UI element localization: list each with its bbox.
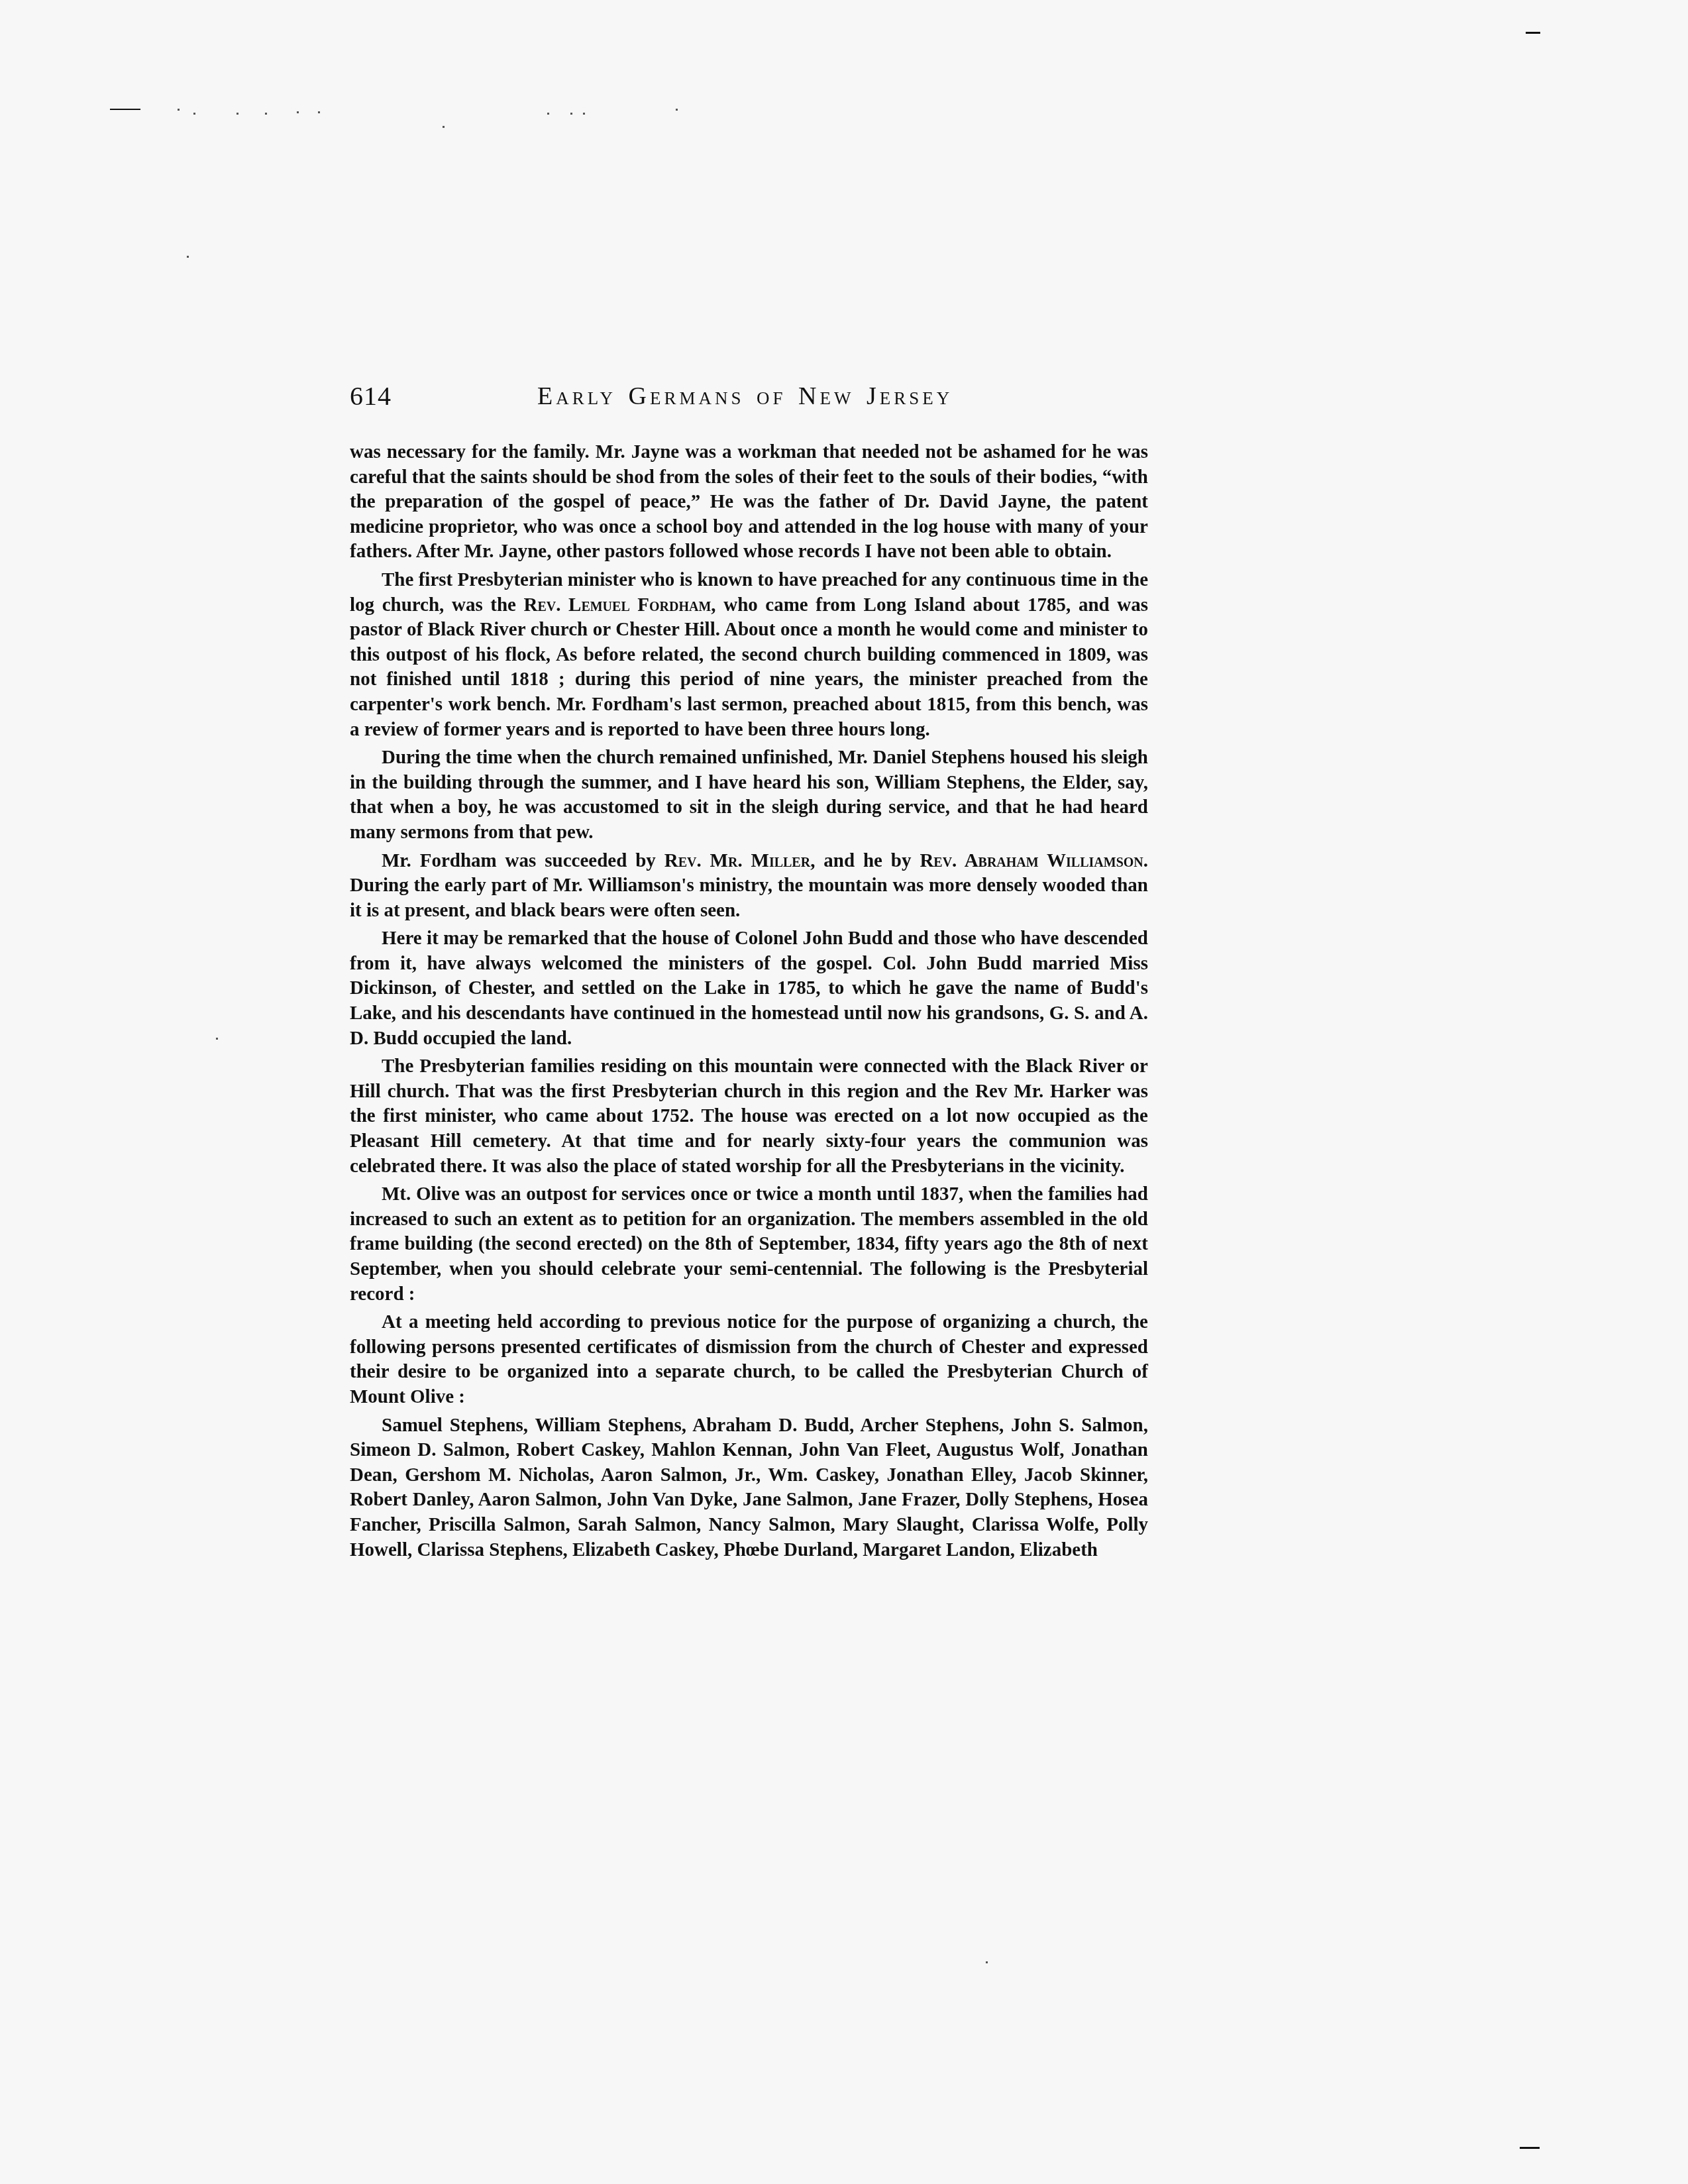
paragraph-member-names: Samuel Stephens, William Stephens, Abrah… (350, 1413, 1148, 1563)
paragraph-meeting-record: At a meeting held according to previous … (350, 1310, 1148, 1409)
scan-speck (216, 1038, 218, 1040)
scan-speck (237, 113, 238, 115)
paragraph-successors: Mr. Fordham was succeeded by Rev. Mr. Mi… (350, 849, 1148, 924)
paragraph-fordham: The first Presbyterian minister who is k… (350, 568, 1148, 742)
name-rev-lemuel-fordham: Rev. Lemuel Fordham (524, 594, 712, 616)
paragraph-black-river: The Presbyterian families residing on th… (350, 1054, 1148, 1179)
scan-speck (297, 111, 299, 113)
scan-speck (676, 109, 678, 111)
scan-speck (986, 1961, 988, 1963)
scan-speck (583, 113, 585, 115)
scan-speck (570, 113, 572, 115)
scan-speck (318, 111, 320, 113)
scan-speck (265, 113, 267, 115)
paragraph-continued: was necessary for the family. Mr. Jayne … (350, 440, 1148, 565)
paragraph-mt-olive: Mt. Olive was an outpost for services on… (350, 1182, 1148, 1307)
page-number: 614 (350, 380, 392, 411)
page-header: 614 Early Germans of New Jersey (350, 379, 1151, 419)
scan-speck (178, 109, 180, 111)
scan-mark-bottom-right (1520, 2147, 1540, 2149)
name-rev-mr-miller: Rev. Mr. Miller (664, 850, 810, 871)
scan-speck (193, 113, 195, 115)
paragraph-sleigh: During the time when the church remained… (350, 745, 1148, 845)
scan-speck (443, 126, 445, 128)
paragraph-budd: Here it may be remarked that the house o… (350, 926, 1148, 1051)
body-text: was necessary for the family. Mr. Jayne … (350, 440, 1148, 1562)
scan-speck (547, 113, 549, 115)
running-head: Early Germans of New Jersey (537, 382, 953, 411)
scan-mark-top-left (110, 109, 140, 110)
scan-speck (187, 256, 189, 258)
scan-mark-top-right (1526, 32, 1540, 34)
name-rev-abraham-williamson: Rev. Abraham Williamson (920, 850, 1143, 871)
